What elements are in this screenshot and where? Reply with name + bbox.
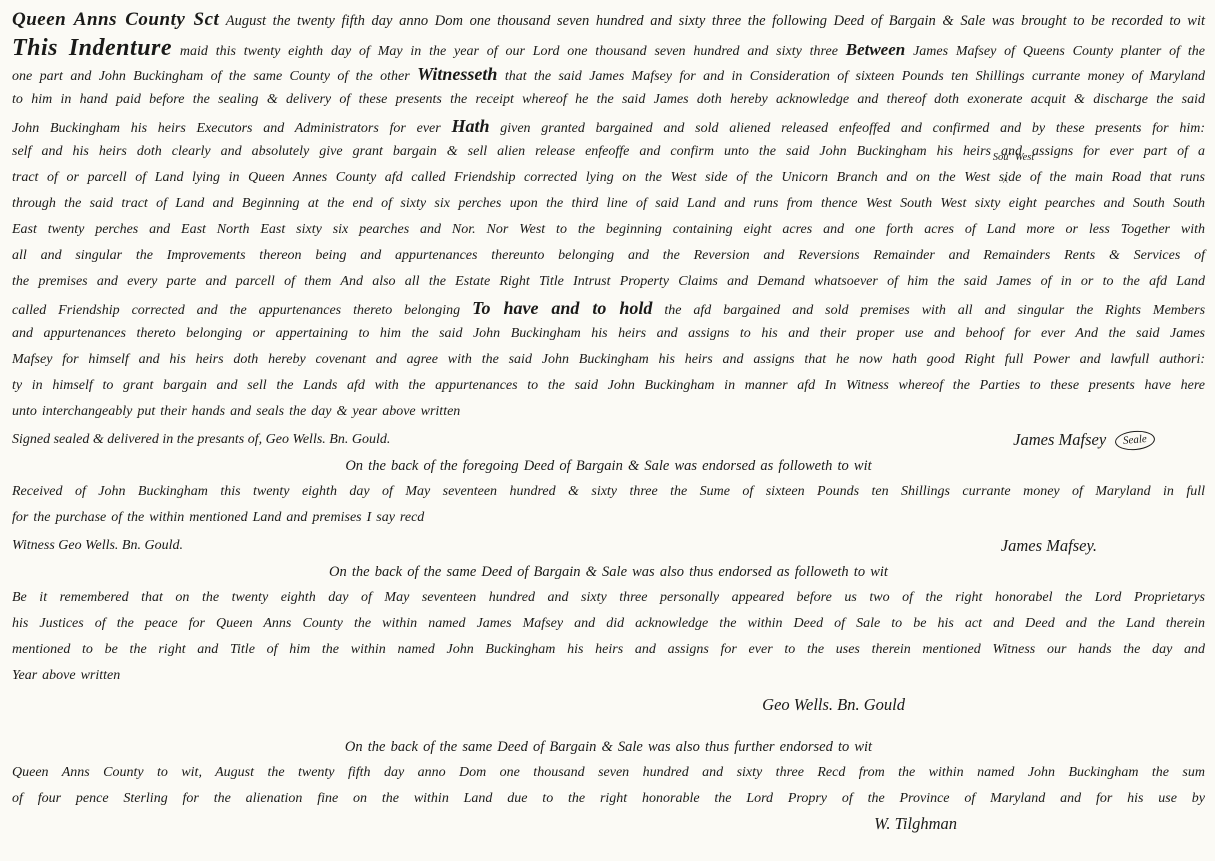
deed-text: one part and John Buckingham of the same… [12, 69, 410, 84]
deed-text: given granted bargained and sold aliened… [500, 121, 1205, 136]
deed-text: the afd bargained and sold premises with… [664, 303, 1205, 318]
deed-line: called Friendship corrected and the appu… [12, 295, 1205, 321]
indenture-opening: This Indenture [12, 35, 172, 61]
county-heading: Queen Anns County Sct [12, 9, 219, 30]
endorsement-3-header: On the back of the same Deed of Bargain … [12, 735, 1205, 760]
deed-text: that the said James Mafsey for and in Co… [505, 69, 1205, 84]
deed-text-emphasis: Between [846, 40, 906, 59]
endorsement-1-header: On the back of the foregoing Deed of Bar… [12, 454, 1205, 479]
deed-line: through the said tract of Land and Begin… [12, 191, 1205, 217]
deed-line: one part and John Buckingham of the same… [12, 61, 1205, 87]
deed-line: the premises and every parte and parcell… [12, 269, 1205, 295]
acknowledgment-line: his Justices of the peace for Queen Anns… [12, 611, 1205, 637]
attestation-row: Signed sealed & delivered in the presant… [12, 425, 1205, 454]
acknowledgment-line: Year above written [12, 663, 1205, 689]
deed-line: all and singular the Improvements thereo… [12, 243, 1205, 269]
clerk-signature: W. Tilghman [874, 814, 957, 842]
deed-line: East twenty perches and East North East … [12, 217, 1205, 243]
deed-text: James Mafsey of Queens County planter of… [913, 44, 1205, 59]
deed-text: maid this twenty eighth day of May in th… [180, 44, 838, 59]
fine-line: Queen Anns County to wit, August the twe… [12, 760, 1205, 786]
endorsement-2-header: On the back of the same Deed of Bargain … [12, 560, 1205, 585]
justices-signature: Geo Wells. Bn. Gould [762, 695, 905, 723]
deed-line: This Indenture maid this twenty eighth d… [12, 35, 1205, 61]
grantor-signature: James MafseySeale [1013, 430, 1155, 450]
deed-text: John Buckingham his heirs Executors and … [12, 121, 441, 136]
deed-text-emphasis: To have and to hold [472, 298, 652, 318]
witness-attestation: Signed sealed & delivered in the presant… [12, 432, 390, 448]
interlineation-note: Sou' West [993, 153, 1035, 163]
recording-caption: Queen Anns County Sct August the twenty … [12, 5, 1205, 35]
grantor-signature-2: James Mafsey. [1001, 536, 1097, 556]
acknowledgment-line: Be it remembered that on the twenty eigh… [12, 585, 1205, 611]
deed-line: unto interchangeably put their hands and… [12, 399, 1205, 425]
deed-text-emphasis: Witnesseth [417, 64, 497, 84]
deed-text-emphasis: Hath [451, 116, 489, 136]
caption-text: August the twenty fifth day anno Dom one… [226, 13, 1205, 29]
seal-flourish: Seale [1114, 429, 1155, 451]
deed-line: to him in hand paid before the sealing &… [12, 87, 1205, 113]
seal-label: Seale [1123, 432, 1148, 446]
deed-text: called Friendship corrected and the appu… [12, 303, 460, 318]
fine-line: of four pence Sterling for the alienatio… [12, 786, 1205, 812]
caret-mark: ^ [1003, 179, 1007, 187]
deed-line: ty in himself to grant bargain and sell … [12, 373, 1205, 399]
deed-text: of the main Road that runs [1030, 170, 1205, 185]
receipt-witness-row: Witness Geo Wells. Bn. Gould. James Mafs… [12, 531, 1205, 560]
receipt-line: Received of John Buckingham this twenty … [12, 479, 1205, 505]
receipt-line: for the purchase of the within mentioned… [12, 505, 1205, 531]
deed-line: tract of or parcell of Land lying in Que… [12, 165, 1205, 191]
deed-line: John Buckingham his heirs Executors and … [12, 113, 1205, 139]
deed-line: and appurtenances thereto belonging or a… [12, 321, 1205, 347]
deed-line: Mafsey for himself and his heirs doth he… [12, 347, 1205, 373]
acknowledgment-line: mentioned to be the right and Title of h… [12, 637, 1205, 663]
deed-record-page: Queen Anns County Sct August the twenty … [0, 0, 1215, 842]
deed-text: tract of or parcell of Land lying in Que… [12, 170, 990, 185]
interlined-word: Sou' Westside^ [999, 165, 1022, 191]
signature-name: James Mafsey [1013, 430, 1106, 449]
witness-names: Witness Geo Wells. Bn. Gould. [12, 538, 183, 554]
